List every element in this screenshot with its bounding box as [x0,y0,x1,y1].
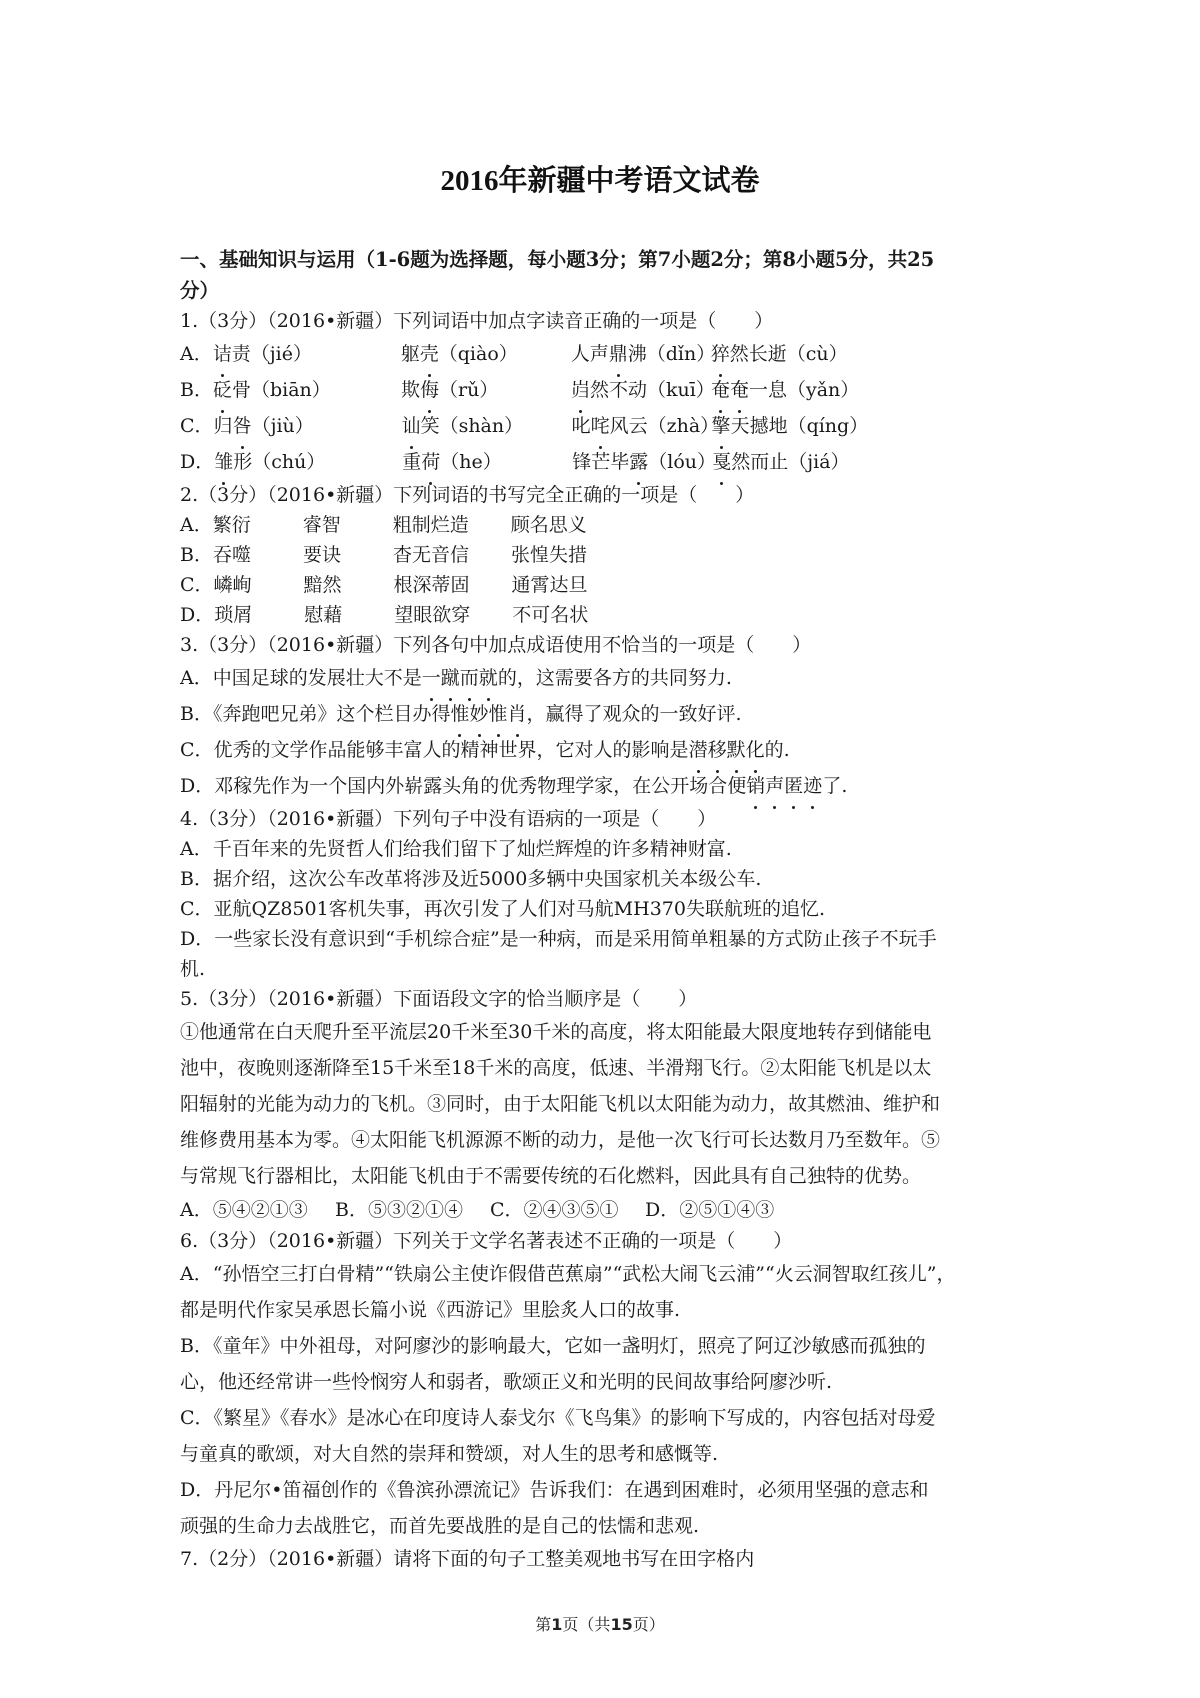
passage-line: 维修费用基本为零。④太阳能飞机源源不断的动力，是他一次飞行可长达数月乃至数年。⑤ [180,1122,1025,1158]
dotted-char: 露 [629,444,648,480]
option-c: C．亚航QZ8501客机失事，再次引发了人们对马航MH370失联航班的追忆. [180,894,1025,924]
option-a: A．千百年来的先贤哲人们给我们留下了灿烂辉煌的许多精神财富. [180,834,1025,864]
option-a: A．中国足球的发展壮大不是一蹴而就的，这需要各方的共同努力. [180,660,1025,696]
page-footer: 第1页（共15页） [0,1612,1200,1635]
document-title: 2016年新疆中考语文试卷 [0,158,1200,199]
passage-line: ①他通常在白天爬升至平流层20千米至30千米的高度，将太阳能最大限度地转存到储能… [180,1014,1025,1050]
option-d: D． 琐屑 慰藉 望眼欲穿 不可名状 [180,600,1025,630]
word-item: 岿然不动（kuī） [571,372,711,408]
word: 杳无音信 [393,540,511,570]
word: 吞噬 [213,540,303,570]
dotted-char: 惟 [489,696,508,732]
dotted-char: 咤 [591,408,610,444]
option-b: B．⑤③②①④ [335,1194,490,1226]
question-7: 7.（2分）（2016•新疆）请将下面的句子工整美观地书写在田字格内 [180,1544,1025,1574]
option-d: D．邓稼先作为一个国内外崭露头角的优秀物理学家，在公开场合便销声匿迹了. [180,768,1025,804]
word: 要诀 [303,540,393,570]
passage-line: 阳辐射的光能为动力的飞机。③同时，由于太阳能飞机以太阳能为动力，故其燃油、维护和 [180,1086,1025,1122]
option-d: D． 雏形（chú） 重荷（he） 锋芒毕露（lóu） 戛然而止（jiá） [180,444,1025,480]
dotted-char: 猝 [711,336,730,372]
dotted-char: 蹴 [441,660,460,696]
option-label: C． [180,570,214,600]
dotted-char: 岿 [571,372,590,408]
option-d: D．一些家长没有意识到“手机综合症”是一种病，而是采用简单粗暴的方式防止孩子不玩… [180,924,1025,954]
word-item: 欺侮（rǔ） [401,372,571,408]
option-label: C． [180,408,214,444]
dotted-char: 迹 [803,768,822,804]
word-item: 砭骨（biān） [213,372,401,408]
word: 琐屑 [214,600,304,630]
word: 粗制烂造 [393,510,511,540]
dotted-idiom: 一蹴而就 [422,667,498,689]
question-6: 6.（3分）（2016•新疆）下列关于文学名著表述不正确的一项是（ ） A．“孙… [180,1226,1025,1544]
dotted-char: 声 [765,768,784,804]
question-stem: 6.（3分）（2016•新疆）下列关于文学名著表述不正确的一项是（ ） [180,1226,1025,1256]
question-stem: 1.（3分）（2016•新疆）下列词语中加点字读音正确的一项是（ ） [180,306,1025,336]
answer-options: A．⑤④②①③ B．⑤③②①④ C．②④③⑤① D．②⑤①④③ [180,1194,1025,1226]
section-heading: 一、基础知识与运用（1-6题为选择题，每小题3分；第7小题2分；第8小题5分，共… [180,244,1025,306]
option-b: B．《奔跑吧兄弟》这个栏目办得惟妙惟肖，赢得了观众的一致好评. [180,696,1025,732]
dotted-char: 妙 [470,696,489,732]
option-label: D． [180,444,214,480]
dotted-char: 侮 [420,372,439,408]
option-c: C． 归咎（jiù） 讪笑（shàn） 叱咤风云（zhà） 擎天撼地（qíng） [180,408,1025,444]
dotted-char: 诘 [213,336,232,372]
dotted-char: 雏 [214,444,233,480]
option-a: A．⑤④②①③ [180,1194,335,1226]
word: 睿智 [303,510,393,540]
word-item: 诘责（jié） [213,336,401,372]
passage-line: 与常规飞行器相比，太阳能飞机由于不需要传统的石化燃料，因此具有自己独特的优势。 [180,1158,1025,1194]
dotted-char: 奄 [730,372,749,408]
option-a: A． 繁衍 睿智 粗制烂造 顾名思义 [180,510,1025,540]
option-b: B． 吞噬 要诀 杳无音信 张惶失措 [180,540,1025,570]
dotted-char: 就 [479,660,498,696]
dotted-char: 化 [746,732,765,768]
section-heading-line-1: 一、基础知识与运用（1-6题为选择题，每小题3分；第7小题2分；第8小题5分，共… [180,244,1025,275]
question-5: 5.（3分）（2016•新疆）下面语段文字的恰当顺序是（ ） ①他通常在白天爬升… [180,984,1025,1226]
exam-page: 2016年新疆中考语文试卷 一、基础知识与运用（1-6题为选择题，每小题3分；第… [0,0,1200,1698]
option-d-continued: 机. [180,954,1025,984]
option-c: C．②④③⑤① [490,1194,645,1226]
dotted-char: 奄 [711,372,730,408]
option-b: B．据介绍，这次公车改革将涉及近5000多辆中央国家机关本级公车. [180,864,1025,894]
word-item: 奄奄一息（yǎn） [711,372,859,408]
dotted-char: 讪 [402,408,421,444]
word-item: 叱咤风云（zhà） [572,408,712,444]
total-pages: 15 [610,1615,632,1634]
option-d: D．丹尼尔•笛福创作的《鲁滨孙漂流记》告诉我们：在遇到困难时，必须用坚强的意志和… [180,1472,1025,1544]
dotted-char: 潜 [689,732,708,768]
option-b: B．《童年》中外祖母，对阿廖沙的影响最大，它如一盏明灯，照亮了阿辽沙敏感而孤独的… [180,1328,1025,1400]
dotted-idiom: 销声匿迹 [746,775,822,797]
question-stem: 4.（3分）（2016•新疆）下列句子中没有语病的一项是（ ） [180,804,1025,834]
passage-line: 池中，夜晚则逐渐降至15千米至18千米的高度，低速、半滑翔飞行。②太阳能飞机是以… [180,1050,1025,1086]
dotted-char: 砭 [213,372,232,408]
dotted-char: 移 [708,732,727,768]
option-label: D． [180,600,214,630]
option-b: B． 砭骨（biān） 欺侮（rǔ） 岿然不动（kuī） 奄奄一息（yǎn） [180,372,1025,408]
option-label: A． [180,336,213,372]
option-label: A． [180,510,213,540]
option-c: C．《繁星》《春水》是冰心在印度诗人泰戈尔《飞鸟集》的影响下写成的，内容包括对母… [180,1400,1025,1472]
dotted-char: 一 [422,660,441,696]
dotted-char: 而 [460,660,479,696]
dotted-char: 奄奄 [711,379,749,401]
word: 通霄达旦 [512,570,588,600]
dotted-idiom: 惟妙惟肖 [450,703,526,725]
option-d: D．②⑤①④③ [645,1194,774,1226]
word: 顾名思义 [511,510,587,540]
word: 繁衍 [213,510,303,540]
word: 张惶失措 [511,540,587,570]
word-item: 归咎（jiù） [214,408,402,444]
question-stem: 3.（3分）（2016•新疆）下列各句中加点成语使用不恰当的一项是（ ） [180,630,1025,660]
word-item: 戛然而止（jiá） [712,444,849,480]
dotted-idiom: 潜移默化 [689,739,765,761]
dotted-char: 惟 [450,696,469,732]
word: 慰藉 [304,600,394,630]
word-item: 雏形（chú） [214,444,402,480]
dotted-char: 匿 [784,768,803,804]
word: 不可名状 [512,600,588,630]
option-c: C．优秀的文学作品能够丰富人的精神世界，它对人的影响是潜移默化的. [180,732,1025,768]
option-c: C． 嶙峋 黯然 根深蒂固 通霄达旦 [180,570,1025,600]
document-body: 一、基础知识与运用（1-6题为选择题，每小题3分；第7小题2分；第8小题5分，共… [180,244,1025,1574]
option-a: A． 诘责（jié） 躯壳（qiào） 人声鼎沸（dǐn） 猝然长逝（cù） [180,336,1025,372]
question-1: 1.（3分）（2016•新疆）下列词语中加点字读音正确的一项是（ ） A． 诘责… [180,306,1025,480]
option-label: B． [180,372,213,408]
question-2: 2.（3分）（2016•新疆）下列词语的书写完全正确的一项是（ ） A． 繁衍 … [180,480,1025,630]
dotted-char: 壳 [420,336,439,372]
dotted-char: 戛 [712,444,731,480]
dotted-char: 荷 [421,444,440,480]
word-item: 躯壳（qiào） [401,336,571,372]
dotted-char: 擎 [712,408,731,444]
dotted-char: 肖 [508,696,527,732]
word-item: 猝然长逝（cù） [711,336,848,372]
section-heading-line-2: 分） [180,275,1025,306]
dotted-char: 咎 [233,408,252,444]
passage: ①他通常在白天爬升至平流层20千米至30千米的高度，将太阳能最大限度地转存到储能… [180,1014,1025,1194]
question-stem: 7.（2分）（2016•新疆）请将下面的句子工整美观地书写在田字格内 [180,1544,1025,1574]
option-label: B． [180,540,213,570]
current-page: 1 [551,1615,562,1634]
question-stem: 2.（3分）（2016•新疆）下列词语的书写完全正确的一项是（ ） [180,480,1025,510]
word: 黯然 [304,570,394,600]
word-item: 人声鼎沸（dǐn） [571,336,711,372]
word: 嶙峋 [214,570,304,600]
question-stem: 5.（3分）（2016•新疆）下面语段文字的恰当顺序是（ ） [180,984,1025,1014]
dotted-char: 鼎 [609,336,628,372]
word: 望眼欲穿 [394,600,512,630]
word-item: 锋芒毕露（lóu） [572,444,712,480]
word-item: 讪笑（shàn） [402,408,572,444]
word-item: 重荷（he） [402,444,572,480]
dotted-char: 销 [746,768,765,804]
word: 根深蒂固 [394,570,512,600]
question-3: 3.（3分）（2016•新疆）下列各句中加点成语使用不恰当的一项是（ ） A．中… [180,630,1025,804]
word-item: 擎天撼地（qíng） [712,408,869,444]
dotted-char: 默 [727,732,746,768]
option-a: A．“孙悟空三打白骨精”“铁扇公主使诈假借芭蕉扇”“武松大闹飞云浦”“火云洞智取… [180,1256,1025,1328]
question-4: 4.（3分）（2016•新疆）下列句子中没有语病的一项是（ ） A．千百年来的先… [180,804,1025,984]
